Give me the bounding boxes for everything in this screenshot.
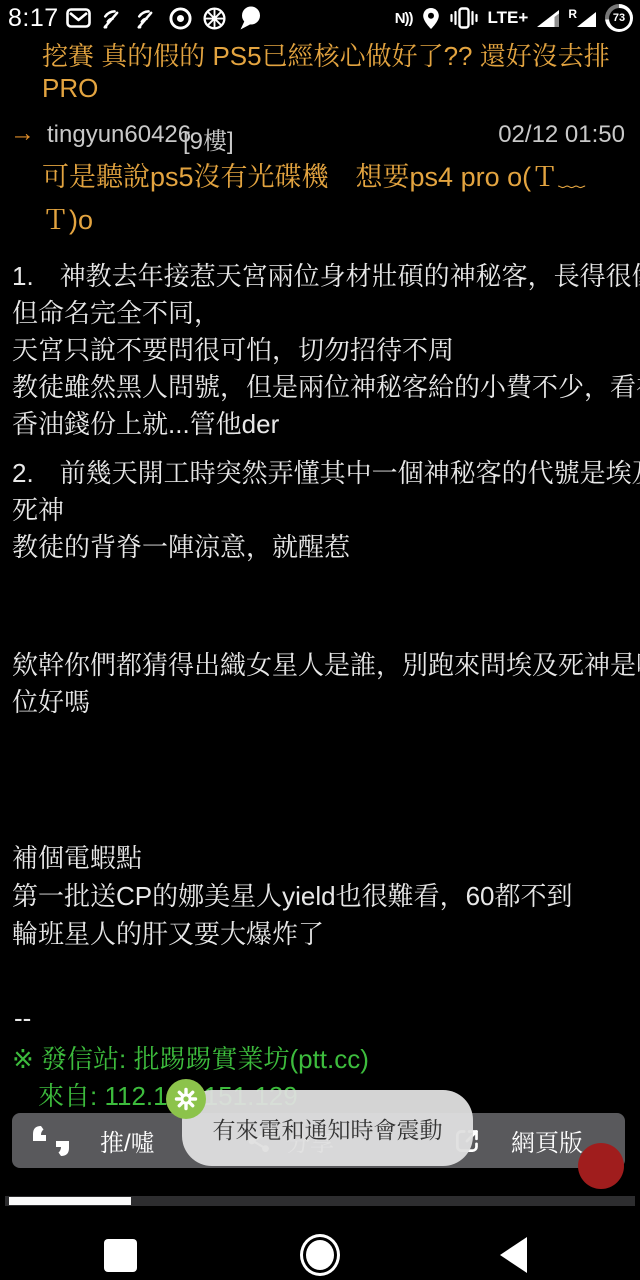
comment-timestamp: 02/12 01:50 bbox=[498, 121, 625, 149]
nfc-icon: N)) bbox=[395, 10, 413, 27]
article-paragraph: 補個電蝦點 第一批送CP的娜美星人yield也很難看，60都不到 輪班星人的肝又… bbox=[12, 839, 573, 953]
article-paragraph: 2. 前幾天開工時突然弄懂其中一個神秘客的代號是埃及 死神 教徒的背脊一陣涼意，… bbox=[12, 455, 640, 566]
wifi-calling-icon bbox=[100, 6, 125, 31]
quoted-title-text: 挖賽 真的假的 PS5已經核心做好了?? 還好沒去排 PRO bbox=[42, 40, 610, 104]
status-bar: 8:17 N)) bbox=[0, 0, 640, 36]
web-version-button[interactable]: 網頁版 bbox=[454, 1113, 583, 1168]
roaming-signal-icon: R bbox=[568, 10, 596, 27]
network-type-label: LTE+ bbox=[488, 8, 529, 28]
settings-gear-icon bbox=[166, 1079, 206, 1119]
comment-author[interactable]: tingyun60426 bbox=[47, 121, 191, 149]
push-boo-label: 推/噓 bbox=[100, 1123, 155, 1158]
thumbs-updown-icon bbox=[28, 1122, 74, 1160]
comment-row[interactable]: → tingyun60426 [9樓] 02/12 01:50 bbox=[0, 119, 640, 151]
screen: 8:17 N)) bbox=[0, 0, 640, 1280]
web-version-label: 網頁版 bbox=[511, 1123, 583, 1158]
message-icon bbox=[236, 5, 263, 31]
comment-text: 可是聽說ps5沒有光碟機 想要ps4 pro o(Ｔ﹏ Ｔ)o bbox=[42, 156, 585, 242]
red-fab-button[interactable] bbox=[578, 1143, 624, 1189]
article-paragraph: 欸幹你們都猜得出織女星人是誰，別跑來問埃及死神是哪 位好嗎 bbox=[12, 647, 640, 721]
system-status-icons: N)) LTE+ R 73 bbox=[395, 4, 633, 32]
battery-percent: 73 bbox=[609, 8, 630, 29]
push-arrow-icon: → bbox=[10, 119, 35, 148]
back-icon[interactable] bbox=[500, 1237, 527, 1273]
wifi-calling-icon bbox=[134, 6, 159, 31]
record-icon bbox=[168, 6, 193, 31]
clock: 8:17 bbox=[8, 4, 59, 33]
toast-text: 有來電和通知時會震動 bbox=[213, 1112, 443, 1145]
notification-icons bbox=[66, 5, 263, 31]
signal-icon bbox=[537, 10, 559, 27]
push-boo-button[interactable]: 推/噓 bbox=[28, 1113, 155, 1168]
home-icon[interactable] bbox=[300, 1234, 340, 1276]
android-nav-bar bbox=[0, 1210, 640, 1280]
gmail-icon bbox=[66, 8, 91, 28]
wheel-icon bbox=[202, 6, 227, 31]
signature-delimiter: -- bbox=[14, 1003, 31, 1034]
vibration-toast: 有來電和通知時會震動 bbox=[182, 1090, 473, 1166]
reading-progress-bar bbox=[5, 1196, 635, 1206]
article-paragraph: 1. 神教去年接惹天宮兩位身材壯碩的神秘客，長得很像 但命名完全不同， 天宮只說… bbox=[12, 258, 640, 443]
vibrate-icon bbox=[449, 7, 479, 29]
comment-floor-badge: [9樓] bbox=[183, 121, 234, 156]
reading-progress-fill bbox=[9, 1197, 131, 1205]
location-icon bbox=[422, 7, 440, 30]
battery-icon: 73 bbox=[605, 4, 633, 32]
recents-icon[interactable] bbox=[104, 1239, 137, 1272]
